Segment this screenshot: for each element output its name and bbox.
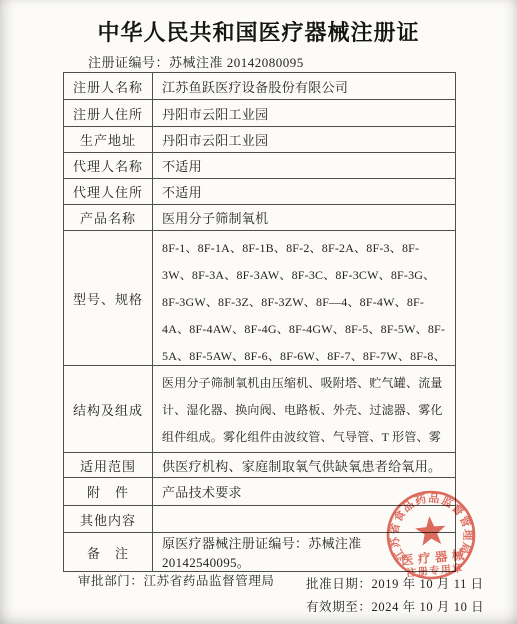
row-value: 不适用 <box>153 153 456 179</box>
valid-until-value: 2024 年 10 月 10 日 <box>372 600 485 614</box>
table-row: 适用范围 供医疗机构、家庭制取氧气供缺氧患者给氧用。 <box>64 453 456 478</box>
certificate-table: 注册人名称 江苏鱼跃医疗设备股份有限公司 注册人住所 丹阳市云阳工业园 生产地址… <box>63 72 456 572</box>
table-row: 附 件 产品技术要求 <box>64 478 456 506</box>
row-value: 8F-1、8F-1A、8F-1B、8F-2、8F-2A、8F-3、8F-3W、8… <box>153 231 456 366</box>
table-row: 生产地址 丹阳市云阳工业园 <box>64 127 456 153</box>
row-value: 江苏鱼跃医疗设备股份有限公司 <box>153 73 456 100</box>
row-value: 丹阳市云阳工业园 <box>153 127 456 153</box>
cert-number-value: 苏械注准 20142080095 <box>169 55 304 70</box>
row-value: 产品技术要求 <box>153 478 456 506</box>
table-row: 产品名称 医用分子筛制氧机 <box>64 205 456 231</box>
row-label: 备 注 <box>64 533 153 572</box>
composition-text: 医用分子筛制氧机由压缩机、吸附塔、贮气罐、流量计、湿化器、换向阀、电路板、外壳、… <box>162 368 449 451</box>
row-value: 原医疗器械注册证编号：苏械注准 20142540095。 <box>153 533 456 572</box>
approval-department: 审批部门：江苏省药品监督管理局 <box>78 571 275 589</box>
cert-number-line: 注册证编号：苏械注准 20142080095 <box>88 52 304 71</box>
row-label: 代理人名称 <box>64 153 153 179</box>
row-label: 结构及组成 <box>64 366 153 453</box>
approval-date: 批准日期：2019 年 10 月 11 日 <box>306 574 484 592</box>
row-label: 注册人名称 <box>64 73 153 100</box>
row-label: 注册人住所 <box>64 100 153 127</box>
approval-department-label: 审批部门： <box>78 574 144 588</box>
row-label: 适用范围 <box>64 453 153 478</box>
table-row: 其他内容 <box>64 506 456 533</box>
row-label: 其他内容 <box>64 506 153 533</box>
row-label: 型号、规格 <box>64 231 153 366</box>
approval-date-value: 2019 年 10 月 11 日 <box>372 577 484 591</box>
table-row: 注册人住所 丹阳市云阳工业园 <box>64 100 456 127</box>
table-row: 代理人名称 不适用 <box>64 153 456 179</box>
row-label: 代理人住所 <box>64 179 153 205</box>
row-value <box>153 506 456 533</box>
valid-until-label: 有效期至： <box>306 600 372 614</box>
cert-number-label: 注册证编号： <box>88 55 169 70</box>
row-value: 丹阳市云阳工业园 <box>153 100 456 127</box>
row-value: 医用分子筛制氧机由压缩机、吸附塔、贮气罐、流量计、湿化器、换向阀、电路板、外壳、… <box>153 366 456 453</box>
valid-until-date: 有效期至：2024 年 10 月 10 日 <box>306 597 484 615</box>
row-label: 附 件 <box>64 478 153 506</box>
row-value: 供医疗机构、家庭制取氧气供缺氧患者给氧用。 <box>153 453 456 478</box>
row-label: 生产地址 <box>64 127 153 153</box>
table-row: 注册人名称 江苏鱼跃医疗设备股份有限公司 <box>64 73 456 100</box>
row-value: 不适用 <box>153 179 456 205</box>
table-row: 结构及组成 医用分子筛制氧机由压缩机、吸附塔、贮气罐、流量计、湿化器、换向阀、电… <box>64 366 456 453</box>
model-spec-text: 8F-1、8F-1A、8F-1B、8F-2、8F-2A、8F-3、8F-3W、8… <box>162 232 449 364</box>
row-value: 医用分子筛制氧机 <box>153 205 456 231</box>
certificate-page: 中华人民共和国医疗器械注册证 注册证编号：苏械注准 20142080095 注册… <box>0 0 517 624</box>
table-row: 备 注 原医疗器械注册证编号：苏械注准 20142540095。 <box>64 533 456 572</box>
row-label: 产品名称 <box>64 205 153 231</box>
table-row: 型号、规格 8F-1、8F-1A、8F-1B、8F-2、8F-2A、8F-3、8… <box>64 231 456 366</box>
approval-department-value: 江苏省药品监督管理局 <box>144 574 275 588</box>
approval-date-label: 批准日期： <box>306 577 372 591</box>
page-title: 中华人民共和国医疗器械注册证 <box>0 16 517 47</box>
table-row: 代理人住所 不适用 <box>64 179 456 205</box>
